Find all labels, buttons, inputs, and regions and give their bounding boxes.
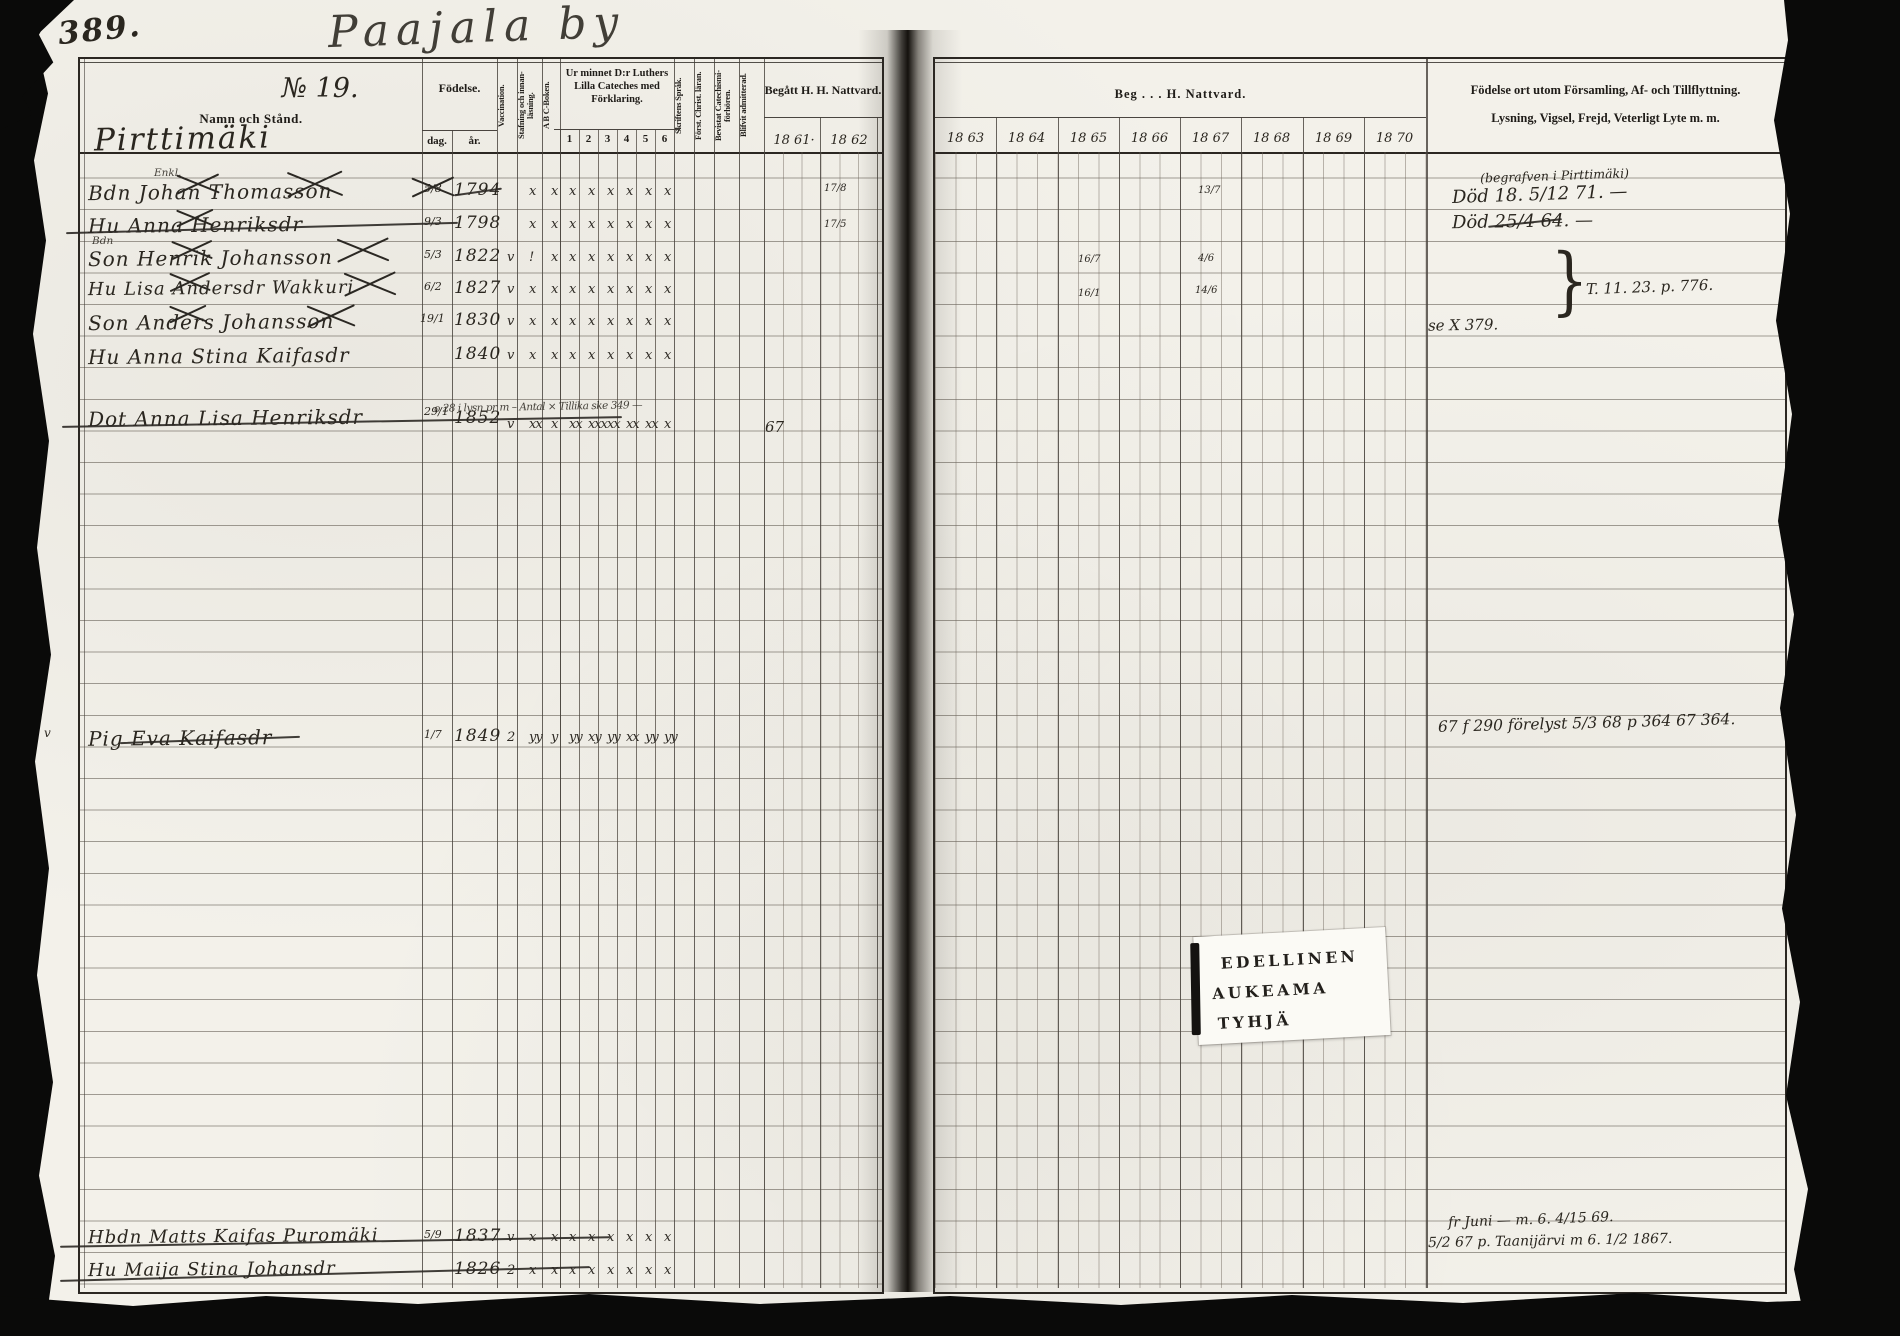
column-line xyxy=(1241,117,1242,1288)
page-number: 389. xyxy=(56,8,143,53)
strike-mark xyxy=(410,174,456,200)
column-header-scripture: Skriftens Språk. xyxy=(674,62,694,149)
communion-year-1863: 18 63 xyxy=(935,131,996,146)
column-header-birth: Födelse. xyxy=(422,81,497,96)
stamp-line: TYHJÄ xyxy=(1217,1010,1292,1033)
column-header-notes-line1: Födelse ort utom Församling, Af- och Til… xyxy=(1426,83,1785,98)
column-line xyxy=(84,59,85,1288)
communion-mark: 16/7 xyxy=(1078,254,1100,265)
communion-year-1869: 18 69 xyxy=(1303,131,1364,146)
communion-year-1866: 18 66 xyxy=(1119,131,1180,146)
communion-mark: 4/6 xyxy=(1198,253,1214,264)
column-header-vaccination: Vaccination. xyxy=(497,62,517,149)
column-line xyxy=(1426,59,1428,1288)
torn-edge-right xyxy=(1772,0,1900,1336)
marks-row: vxxxxxxxx xyxy=(80,348,882,370)
stamp-line: EDELLINEN xyxy=(1220,947,1359,973)
column-line xyxy=(714,59,715,1288)
column-header-attended-examinations: Bevistat Catechismi-förhören. xyxy=(714,62,739,149)
communion-year-1867: 18 67 xyxy=(1180,131,1241,146)
right-page-header: Beg . . . H. Nattvard. 18 63 18 64 18 65… xyxy=(935,59,1785,154)
torn-edge-left xyxy=(0,0,64,1336)
column-header-birth-day: dag. xyxy=(422,135,452,147)
brace-glyph: } xyxy=(1551,238,1589,324)
column-line xyxy=(1058,117,1059,1288)
strike-mark xyxy=(170,237,214,263)
column-line xyxy=(764,59,765,1288)
annotation-page-ref: se X 379. xyxy=(1428,315,1499,334)
village-heading: Pirttimäki xyxy=(94,119,272,158)
column-line xyxy=(694,59,695,1288)
column-line xyxy=(517,59,518,1288)
margin-check-mark: v xyxy=(44,726,51,740)
column-line xyxy=(1119,117,1120,1288)
archive-stamp: EDELLINEN AUKEAMA TYHJÄ xyxy=(1193,927,1390,1045)
strike-mark xyxy=(305,303,357,329)
page-title: Paajala by xyxy=(327,0,626,58)
column-header-catechism: Ur minnet D:r Luthers Lilla Cateches med… xyxy=(554,67,680,106)
strike-mark xyxy=(285,171,345,197)
communion-year-1868: 18 68 xyxy=(1241,131,1302,146)
strike-mark xyxy=(335,237,391,263)
left-page: № 19. Namn och Stånd. Födelse. dag. år. … xyxy=(78,57,884,1294)
column-header-christian-doctrine: Först. Christ. läran. xyxy=(694,62,714,149)
column-line xyxy=(422,59,423,1288)
column-header-notes-line2: Lysning, Vigsel, Frejd, Veterligt Lyte m… xyxy=(1426,111,1785,126)
communion-mark: 17/8 xyxy=(824,183,846,194)
column-header-admitted: Blifvit admitterad. xyxy=(739,62,764,149)
scanned-church-record: 389. Paajala by № 19. Namn och Stånd. Fö… xyxy=(0,0,1900,1336)
column-line xyxy=(497,59,498,1288)
communion-year-1870: 18 70 xyxy=(1364,131,1425,146)
row-small-note: Bdn xyxy=(92,235,113,247)
header-split xyxy=(422,130,497,131)
column-line xyxy=(996,117,997,1288)
strike-mark xyxy=(175,171,221,197)
strike-mark xyxy=(175,205,215,231)
column-line xyxy=(560,59,561,1288)
strike-mark xyxy=(342,271,398,297)
column-line xyxy=(1364,117,1365,1288)
communion-year-1864: 18 64 xyxy=(996,131,1057,146)
torn-edge-bottom xyxy=(0,1292,1900,1336)
strike-mark xyxy=(168,301,208,327)
column-line xyxy=(739,59,740,1288)
stamp-smudge xyxy=(1190,943,1201,1035)
stamp-line: AUKEAMA xyxy=(1212,978,1329,1003)
column-header-birth-year: år. xyxy=(452,135,497,147)
column-line xyxy=(1180,117,1181,1288)
communion-mark: 13/7 xyxy=(1198,185,1220,196)
marks-row: 2xxxxxxxx xyxy=(80,1263,882,1285)
column-line xyxy=(674,59,675,1288)
column-header-spelling: Stafning och innan-läsning. xyxy=(517,62,542,149)
communion-mark: 14/6 xyxy=(1195,285,1217,296)
communion-year-1861: 18 61· xyxy=(766,133,822,148)
column-header-communion-continued: Beg . . . H. Nattvard. xyxy=(935,87,1426,102)
strike-mark xyxy=(168,269,212,295)
communion-mark: 16/1 xyxy=(1078,288,1100,299)
record-number: № 19. xyxy=(230,73,410,104)
column-line xyxy=(1303,117,1304,1288)
column-line xyxy=(542,59,543,1288)
communion-year-1865: 18 65 xyxy=(1058,131,1119,146)
communion-mark: 17/5 xyxy=(824,219,846,230)
right-page: Beg . . . H. Nattvard. 18 63 18 64 18 65… xyxy=(933,57,1787,1294)
marks-row: vxxxxxxxx xyxy=(80,1230,882,1252)
